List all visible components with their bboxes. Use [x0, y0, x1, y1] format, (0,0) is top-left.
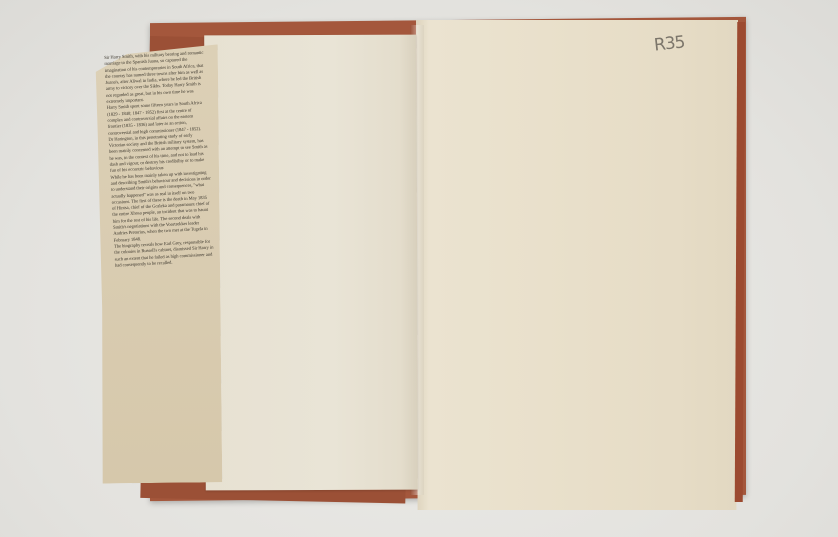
- pencil-note: R35: [653, 32, 685, 55]
- left-endpaper: [204, 35, 418, 491]
- blurb-paragraph: Dr Harington, in this penetrating study …: [108, 132, 210, 175]
- flap-blurb: Sir Harry Smith, with his military beari…: [104, 50, 215, 269]
- blurb-paragraph: While he has been mainly taken up with i…: [110, 169, 213, 243]
- blurb-paragraph: Sir Harry Smith, with his military beari…: [104, 50, 206, 106]
- blurb-paragraph: Harry Smith spent some fifteen years in …: [107, 100, 209, 137]
- blurb-paragraph: The biography reveals how Earl Grey, res…: [114, 238, 215, 268]
- right-page: [416, 20, 738, 510]
